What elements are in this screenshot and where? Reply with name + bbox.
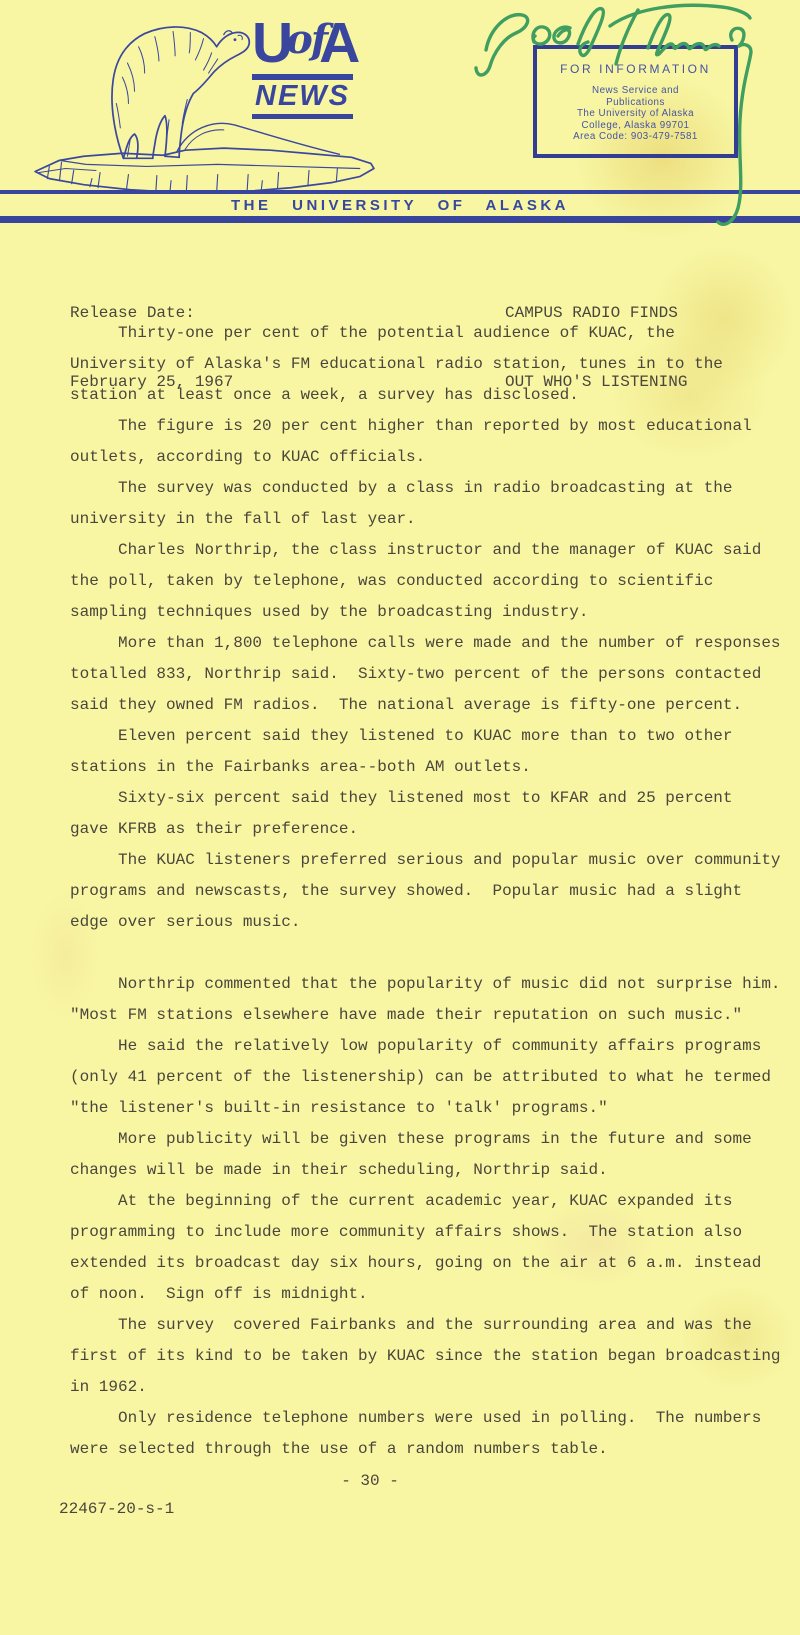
logo-of-script: of xyxy=(286,20,326,60)
body-line: the poll, taken by telephone, was conduc… xyxy=(70,566,781,597)
body-line: edge over serious music. xyxy=(70,907,781,938)
body-line: The figure is 20 per cent higher than re… xyxy=(70,411,781,442)
body-line: Thirty-one per cent of the potential aud… xyxy=(70,318,781,349)
body-text: Thirty-one per cent of the potential aud… xyxy=(70,318,781,1465)
body-line: At the beginning of the current academic… xyxy=(70,1186,781,1217)
body-line: He said the relatively low popularity of… xyxy=(70,1031,781,1062)
body-line: The survey was conducted by a class in r… xyxy=(70,473,781,504)
body-line: said they owned FM radios. The national … xyxy=(70,690,781,721)
body-line: in 1962. xyxy=(70,1372,781,1403)
body-line: Eleven percent said they listened to KUA… xyxy=(70,721,781,752)
end-mark: - 30 - xyxy=(0,1466,740,1497)
body-line: station at least once a week, a survey h… xyxy=(70,380,781,411)
body-line: gave KFRB as their preference. xyxy=(70,814,781,845)
body-line: sampling techniques used by the broadcas… xyxy=(70,597,781,628)
body-line: were selected through the use of a rando… xyxy=(70,1434,781,1465)
body-line: "the listener's built-in resistance to '… xyxy=(70,1093,781,1124)
body-line xyxy=(70,938,781,969)
press-release-page: U of A NEWS FOR INFORMATION News Service… xyxy=(0,0,800,1635)
footer-code: 22467-20-s-1 xyxy=(59,1494,174,1525)
body-line: programs and newscasts, the survey showe… xyxy=(70,876,781,907)
body-line: totalled 833, Northrip said. Sixty-two p… xyxy=(70,659,781,690)
body-line: Sixty-six percent said they listened mos… xyxy=(70,783,781,814)
body-line: stations in the Fairbanks area--both AM … xyxy=(70,752,781,783)
body-line: changes will be made in their scheduling… xyxy=(70,1155,781,1186)
body-line: "Most FM stations elsewhere have made th… xyxy=(70,1000,781,1031)
body-line: Only residence telephone numbers were us… xyxy=(70,1403,781,1434)
body-line: outlets, according to KUAC officials. xyxy=(70,442,781,473)
signature-joel-fleming xyxy=(470,0,780,240)
body-line: More than 1,800 telephone calls were mad… xyxy=(70,628,781,659)
body-line: The KUAC listeners preferred serious and… xyxy=(70,845,781,876)
body-line: More publicity will be given these progr… xyxy=(70,1124,781,1155)
body-line: programming to include more community af… xyxy=(70,1217,781,1248)
body-line: The survey covered Fairbanks and the sur… xyxy=(70,1310,781,1341)
ua-news-logo: U of A NEWS xyxy=(252,16,358,119)
body-line: University of Alaska's FM educational ra… xyxy=(70,349,781,380)
ua-logo-letters: U of A xyxy=(252,16,358,70)
body-line: Charles Northrip, the class instructor a… xyxy=(70,535,781,566)
body-line: (only 41 percent of the listenership) ca… xyxy=(70,1062,781,1093)
body-line: Northrip commented that the popularity o… xyxy=(70,969,781,1000)
logo-news-wordmark: NEWS xyxy=(252,74,353,119)
body-line: university in the fall of last year. xyxy=(70,504,781,535)
body-line: first of its kind to be taken by KUAC si… xyxy=(70,1341,781,1372)
body-line: of noon. Sign off is midnight. xyxy=(70,1279,781,1310)
body-line: extended its broadcast day six hours, go… xyxy=(70,1248,781,1279)
